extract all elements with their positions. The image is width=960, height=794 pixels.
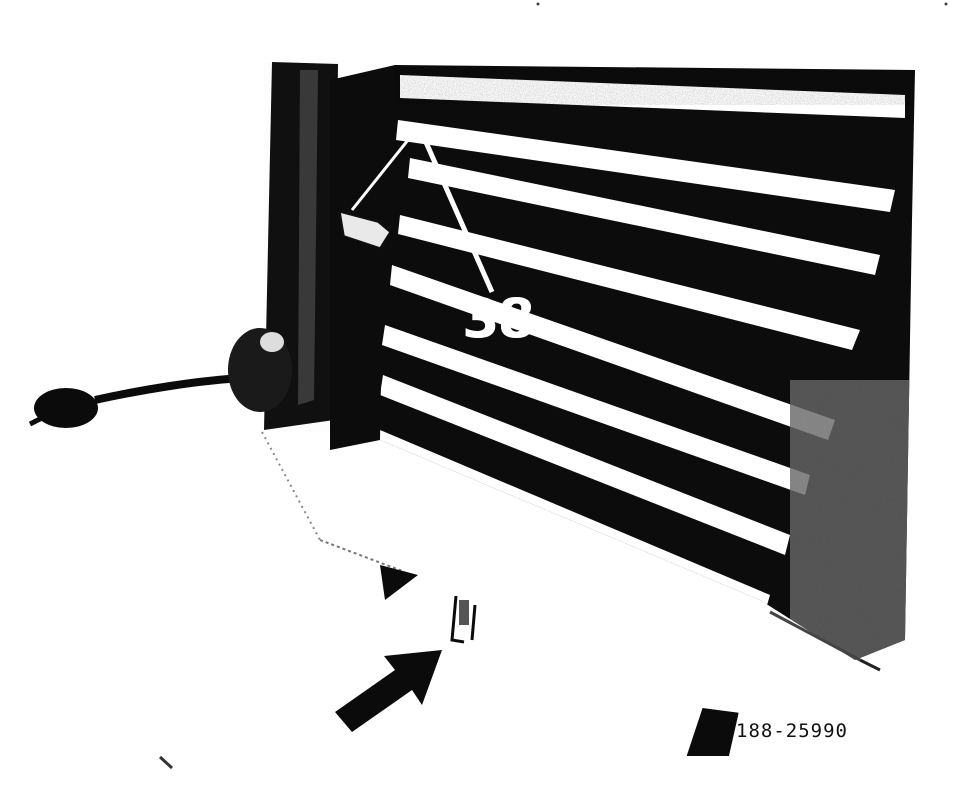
plug-icon [34, 388, 98, 428]
callout-number: 38 [462, 292, 533, 346]
evaporator-photo [0, 0, 960, 794]
power-cord [30, 328, 292, 428]
figure-id: 188-25990 [736, 720, 848, 742]
drain-tube [452, 596, 475, 642]
pointer-arrow-icon [335, 650, 442, 732]
evaporator-coil [330, 65, 915, 660]
